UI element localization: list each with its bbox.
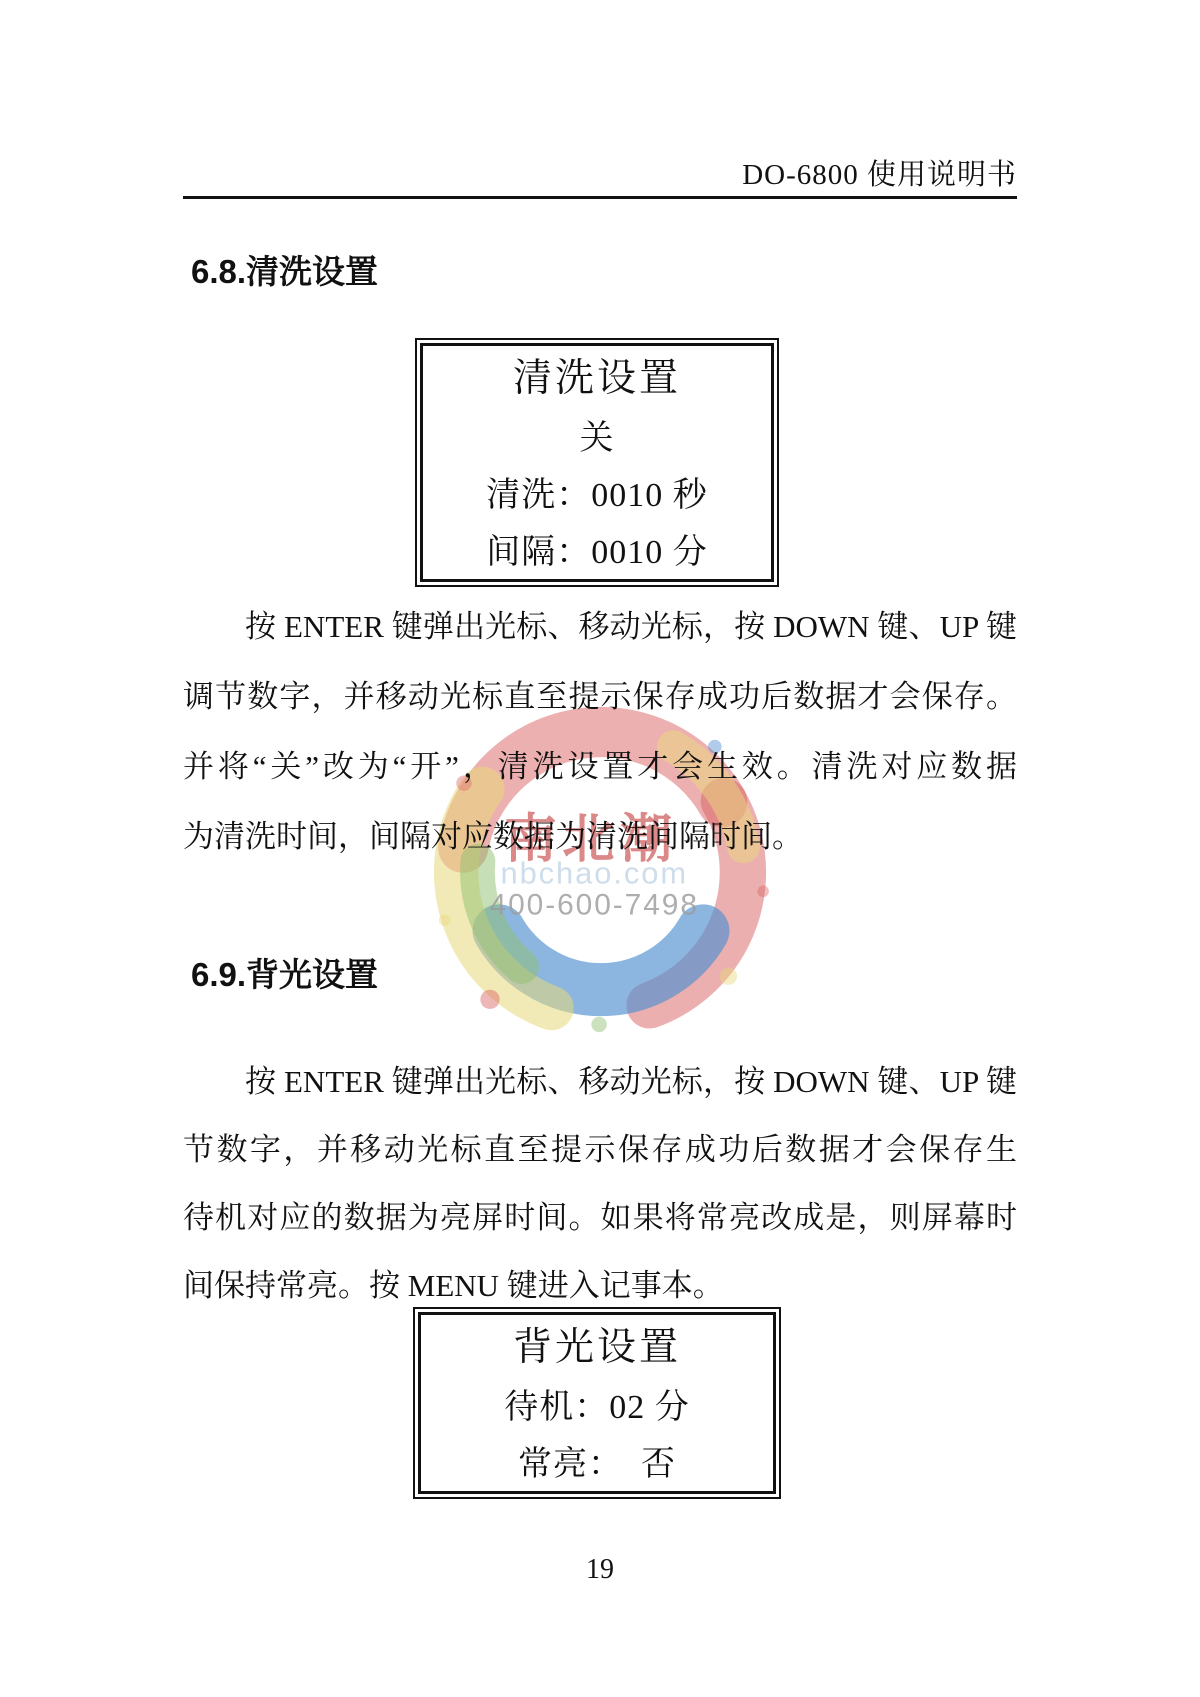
lcd-screen-inner: 清洗设置 关 清洗：0010 秒 间隔：0010 分: [420, 343, 774, 582]
paragraph-cleaning: 按 ENTER 键弹出光标、移动光标，按 DOWN 键、UP 键 调节数字，并移…: [183, 592, 1017, 872]
screen-line-gap: 间隔：0010 分: [429, 524, 765, 581]
screen-line-wash: 清洗：0010 秒: [429, 467, 765, 524]
paint-droplet: [480, 990, 499, 1009]
paragraph-line: 并将“关”改为“开”，清洗设置才会生效。清洗对应数据: [183, 732, 1017, 802]
lcd-screen-backlight: 背光设置 待机：02 分 常亮： 否: [413, 1307, 781, 1499]
lcd-screen-inner: 背光设置 待机：02 分 常亮： 否: [418, 1312, 776, 1494]
manual-page: 南北潮 nbchao.com 400-600-7498 DO-6800 使用说明…: [0, 0, 1200, 1697]
paragraph-line: 按 ENTER 键弹出光标、移动光标，按 DOWN 键、UP 键: [183, 592, 1017, 662]
page-number: 19: [0, 1554, 1200, 1586]
screen-line-standby: 待机：02 分: [427, 1379, 767, 1436]
paint-droplet: [720, 968, 737, 985]
lcd-screen-cleaning: 清洗设置 关 清洗：0010 秒 间隔：0010 分: [415, 338, 779, 587]
screen-line-state: 关: [429, 410, 765, 467]
header-rule: [183, 196, 1017, 199]
paint-droplet: [591, 1017, 606, 1032]
paragraph-line: 调节数字，并移动光标直至提示保存成功后数据才会保存。: [183, 662, 1017, 732]
screen-title: 清洗设置: [429, 348, 765, 410]
screen-line-always: 常亮： 否: [427, 1436, 767, 1493]
paragraph-line: 节数字，并移动光标直至提示保存成功后数据才会保存生效。: [183, 1116, 1017, 1184]
section-heading-6-8: 6.8.清洗设置: [191, 252, 378, 292]
paint-droplet: [757, 886, 769, 898]
paragraph-backlight: 按 ENTER 键弹出光标、移动光标，按 DOWN 键、UP 键调 节数字，并移…: [183, 1048, 1017, 1320]
section-heading-6-9: 6.9.背光设置: [191, 955, 378, 995]
screen-title: 背光设置: [427, 1317, 767, 1379]
paint-droplet: [439, 914, 451, 926]
paragraph-line: 按 ENTER 键弹出光标、移动光标，按 DOWN 键、UP 键调: [183, 1048, 1017, 1116]
paragraph-line: 为清洗时间，间隔对应数据为清洗间隔时间。: [183, 802, 1017, 872]
header-title: DO-6800 使用说明书: [742, 158, 1017, 192]
paragraph-line: 待机对应的数据为亮屏时间。如果将常亮改成是，则屏幕时: [183, 1184, 1017, 1252]
watermark-phone-text: 400-600-7498: [490, 888, 699, 921]
